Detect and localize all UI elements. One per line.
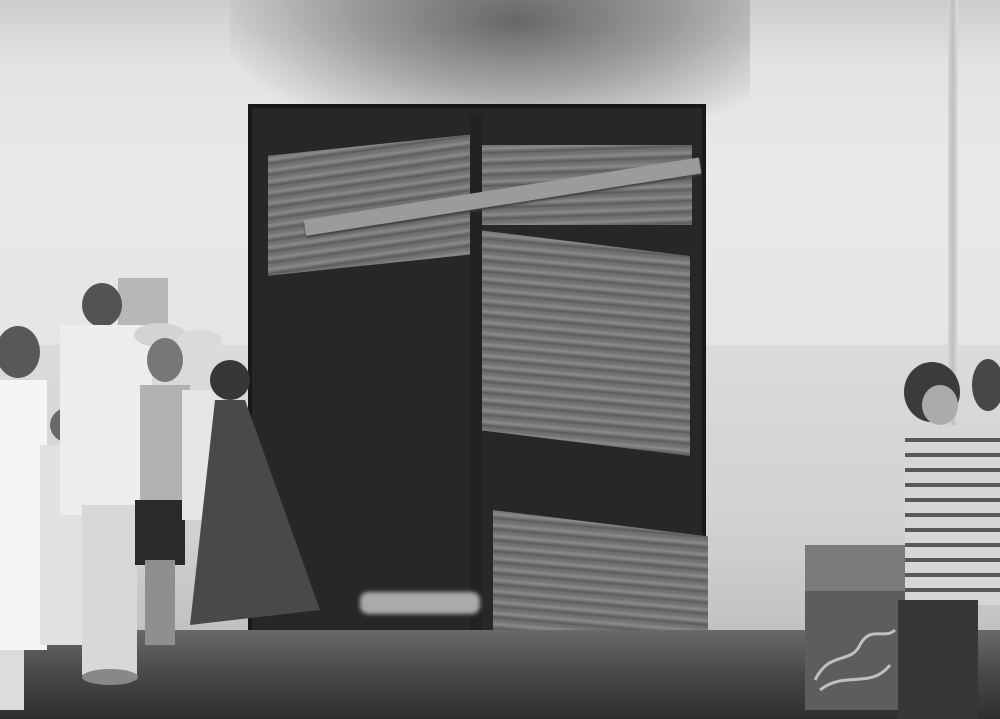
crowd bbox=[0, 283, 320, 710]
photograph: Damaged doorway with broken corrugated m… bbox=[0, 0, 1000, 719]
wall-sign bbox=[118, 278, 168, 328]
figures-layer bbox=[0, 0, 1000, 719]
boy-striped-shirt bbox=[898, 359, 1000, 719]
